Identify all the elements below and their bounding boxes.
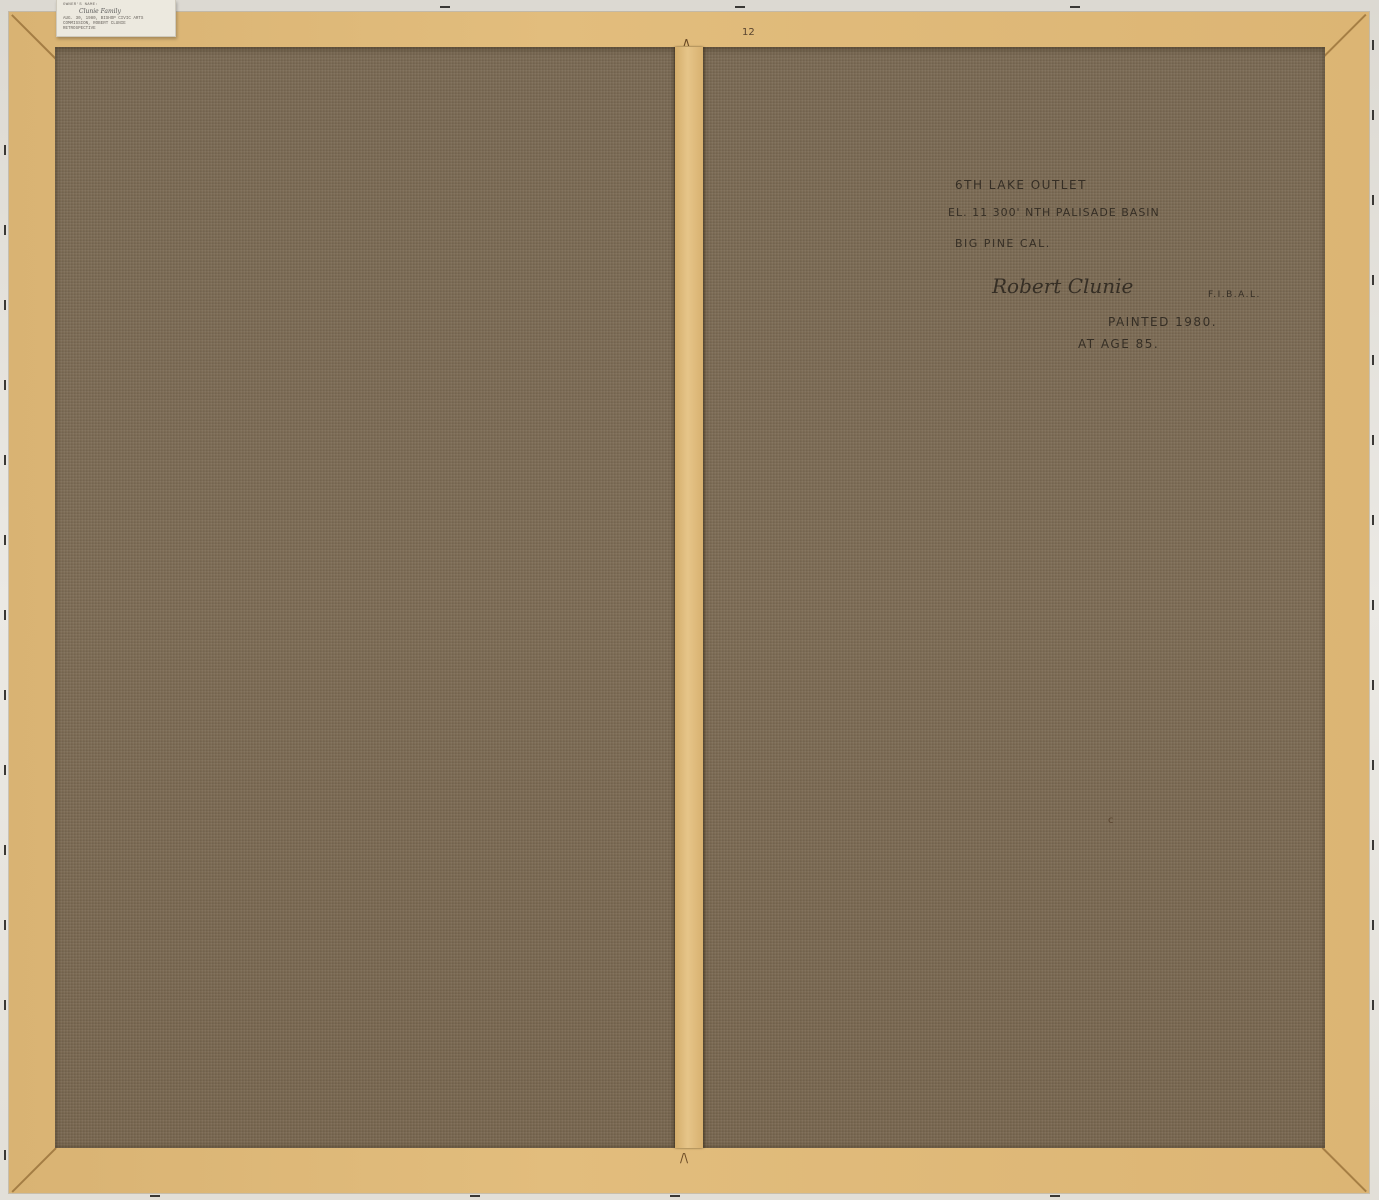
inscription-elevation-location: El. 11 300' Nth Palisade Basin	[948, 206, 1160, 219]
inscription-title: 6th Lake Outlet	[955, 178, 1087, 192]
label-line: RETROSPECTIVE	[63, 27, 169, 32]
owner-label: OWNER'S NAME: Clunie Family AUG. 30, 198…	[56, 0, 176, 37]
nail-mark-bottom-center: /\	[680, 1152, 688, 1164]
label-owner-name: Clunie Family	[79, 8, 169, 15]
pencil-mark-canvas: c	[1108, 815, 1114, 826]
center-cross-brace	[675, 47, 703, 1148]
linen-panel-left	[55, 47, 675, 1148]
label-header: OWNER'S NAME:	[63, 3, 169, 7]
nail-mark-top-center: ∧	[682, 36, 691, 48]
artist-credentials: F.I.B.A.L.	[1208, 290, 1261, 300]
painted-date: Painted 1980.	[1108, 315, 1217, 329]
pencil-mark-top-bar: 12	[742, 27, 755, 38]
inscription-place: Big Pine Cal.	[955, 237, 1051, 250]
artist-age: At Age 85.	[1078, 337, 1159, 351]
artist-signature: Robert Clunie	[992, 274, 1133, 298]
